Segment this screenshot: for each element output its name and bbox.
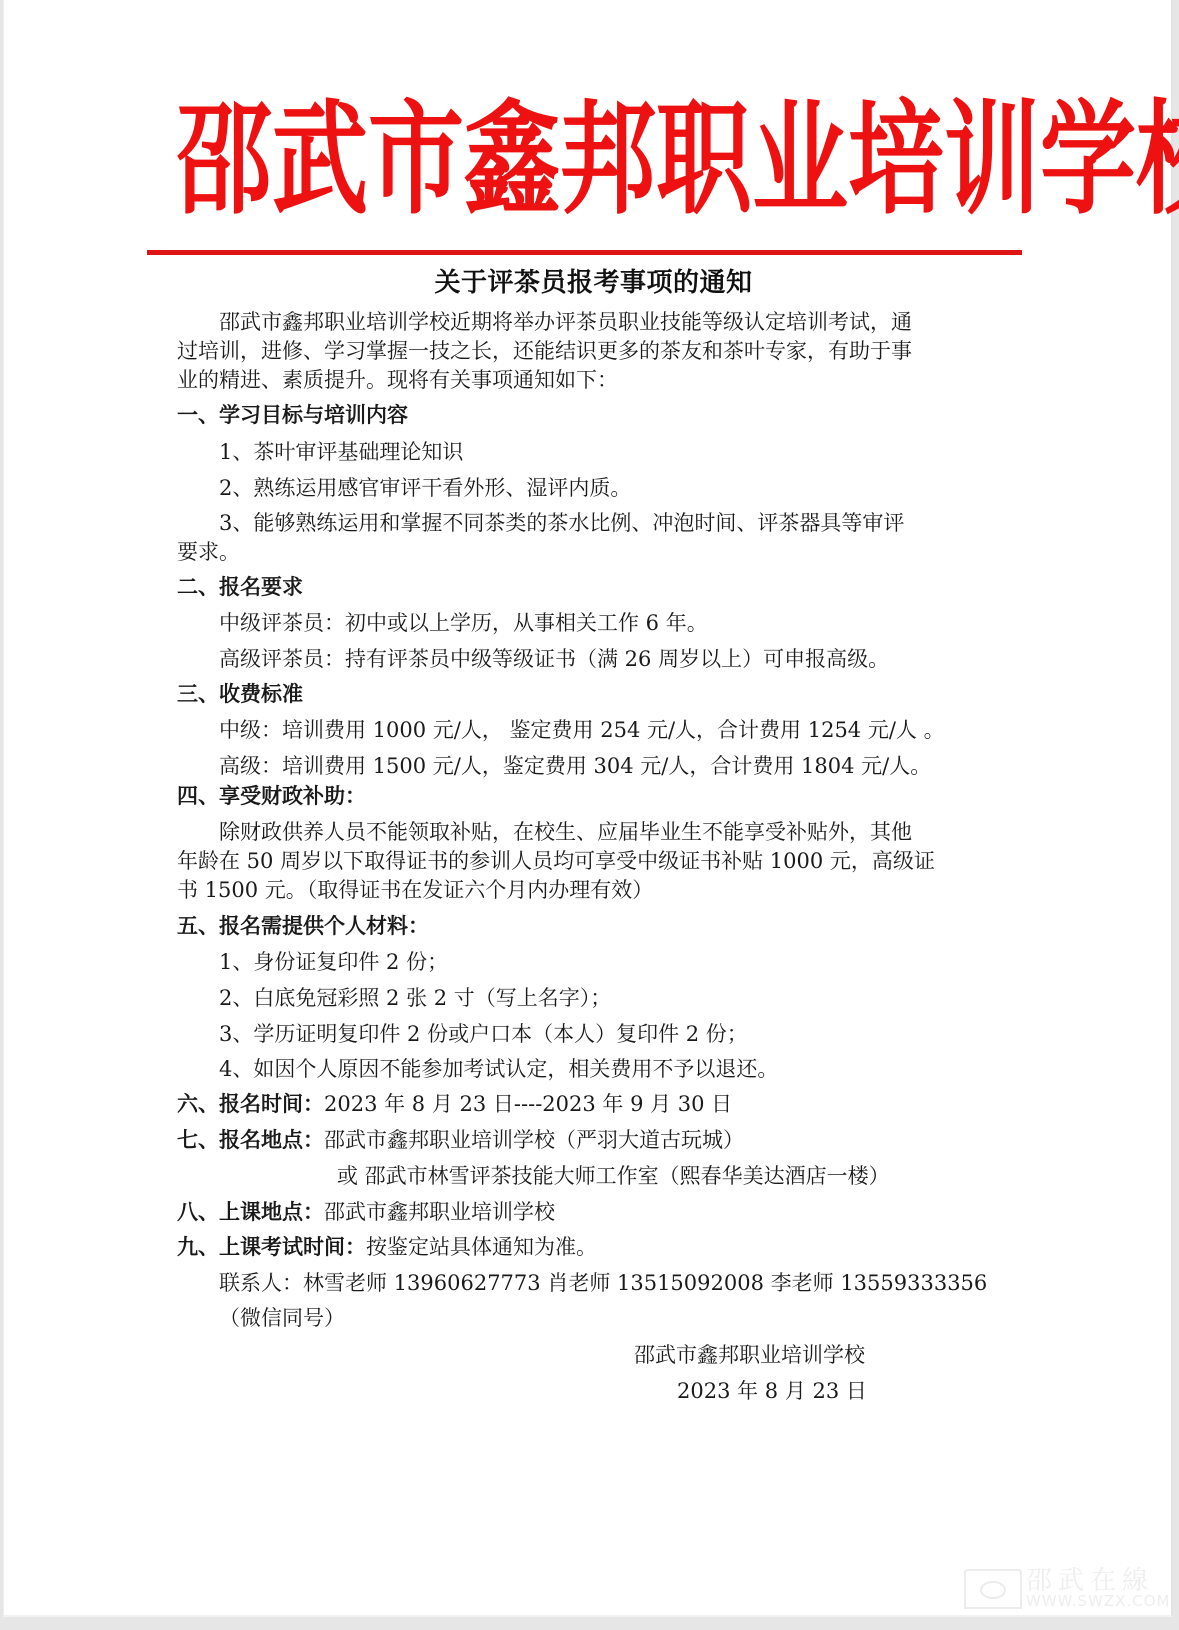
registration-place-value: 邵武市鑫邦职业培训学校（严羽大道古玩城） (324, 1128, 744, 1152)
notice-title: 关于评茶员报考事项的通知 (4, 262, 1179, 299)
fee-line: 高级：培训费用 1500 元/人，鉴定费用 304 元/人，合计费用 1804 … (219, 756, 931, 777)
signature-org: 邵武市鑫邦职业培训学校 (634, 1345, 865, 1366)
registration-place-row: 七、报名地点：邵武市鑫邦职业培训学校（严羽大道古玩城） (177, 1130, 744, 1151)
watermark-name: 邵武在線 (1026, 1568, 1170, 1594)
contact-line: 联系人：林雪老师 13960627773 肖老师 13515092008 李老师… (219, 1273, 987, 1294)
exam-time-value: 按鉴定站具体通知为准。 (366, 1235, 597, 1259)
section-heading: 一、学习目标与培训内容 (177, 405, 408, 426)
site-watermark: 邵武在線 WWW.SWZX.COM (964, 1568, 1170, 1609)
exam-time-row: 九、上课考试时间：按鉴定站具体通知为准。 (177, 1237, 597, 1258)
section-heading: 七、报名地点： (177, 1128, 324, 1152)
registration-time-row: 六、报名时间：2023 年 8 月 23 日----2023 年 9 月 30 … (177, 1094, 732, 1115)
list-item: 高级评茶员：持有评茶员中级等级证书（满 26 周岁以上）可申报高级。 (219, 649, 889, 670)
list-item: 2、熟练运用感官审评干看外形、湿评内质。 (219, 478, 631, 499)
section-heading: 六、报名时间： (177, 1092, 324, 1116)
registration-time-value: 2023 年 8 月 23 日----2023 年 9 月 30 日 (324, 1092, 732, 1116)
subsidy-line: 年龄在 50 周岁以下取得证书的参训人员均可享受中级证书补贴 1000 元，高级… (177, 851, 935, 872)
masthead-char: 市 (368, 99, 464, 222)
class-location-value: 邵武市鑫邦职业培训学校 (324, 1200, 555, 1224)
intro-line: 邵武市鑫邦职业培训学校近期将举办评茶员职业技能等级认定培训考试，通 (219, 312, 912, 333)
subsidy-line: 除财政供养人员不能领取补贴，在校生、应届毕业生不能享受补贴外，其他 (219, 822, 912, 843)
section-heading: 五、报名需提供个人材料： (177, 916, 429, 937)
wechat-note: （微信同号） (219, 1308, 345, 1329)
masthead-char: 武 (272, 99, 368, 222)
list-item: 2、白底免冠彩照 2 张 2 寸（写上名字）； (219, 988, 611, 1009)
signature-date: 2023 年 8 月 23 日 (677, 1381, 867, 1402)
section-heading: 九、上课考试时间： (177, 1235, 366, 1259)
intro-line: 过培训，进修、学习掌握一技之长，还能结识更多的茶友和茶叶专家，有助于事 (177, 341, 912, 362)
fee-line: 中级：培训费用 1000 元/人， 鉴定费用 254 元/人，合计费用 1254… (219, 720, 945, 741)
section-heading: 八、上课地点： (177, 1200, 324, 1224)
registration-place-alt: 或 邵武市林雪评茶技能大师工作室（熙春华美达酒店一楼） (337, 1166, 890, 1187)
masthead-char: 培 (848, 99, 944, 222)
masthead-char: 校 (1136, 99, 1179, 222)
masthead-char: 训 (944, 99, 1040, 222)
section-heading: 四、享受财政补助： (177, 786, 366, 807)
masthead-char: 邵 (176, 99, 272, 222)
section-heading: 三、收费标准 (177, 684, 303, 705)
section-heading: 二、报名要求 (177, 577, 303, 598)
list-item: 中级评茶员：初中或以上学历，从事相关工作 6 年。 (219, 613, 708, 634)
masthead-char: 鑫 (464, 99, 560, 222)
masthead-char: 邦 (560, 99, 656, 222)
list-item: 3、学历证明复印件 2 份或户口本（本人）复印件 2 份； (219, 1024, 748, 1045)
intro-line: 业的精进、素质提升。现将有关事项通知如下： (177, 370, 618, 391)
school-masthead: 邵 武 市 鑫 邦 职 业 培 训 学 校 (176, 95, 1006, 225)
document-page: 邵 武 市 鑫 邦 职 业 培 训 学 校 关于评茶员报考事项的通知 邵武市鑫邦… (3, 0, 1173, 1617)
masthead-char: 业 (752, 99, 848, 222)
masthead-char: 学 (1040, 99, 1136, 222)
list-item: 1、茶叶审评基础理论知识 (219, 442, 463, 463)
masthead-char: 职 (656, 99, 752, 222)
subsidy-line: 书 1500 元。（取得证书在发证六个月内办理有效） (177, 880, 653, 901)
list-item: 1、身份证复印件 2 份； (219, 952, 448, 973)
list-item-continued: 要求。 (177, 542, 240, 563)
class-location-row: 八、上课地点：邵武市鑫邦职业培训学校 (177, 1202, 555, 1223)
list-item: 4、如因个人原因不能参加考试认定，相关费用不予以退还。 (219, 1059, 778, 1080)
pavilion-logo-icon (964, 1569, 1022, 1609)
red-divider-rule (147, 250, 1022, 255)
watermark-url: WWW.SWZX.COM (1026, 1594, 1170, 1609)
list-item: 3、能够熟练运用和掌握不同茶类的茶水比例、冲泡时间、评茶器具等审评 (219, 513, 904, 534)
